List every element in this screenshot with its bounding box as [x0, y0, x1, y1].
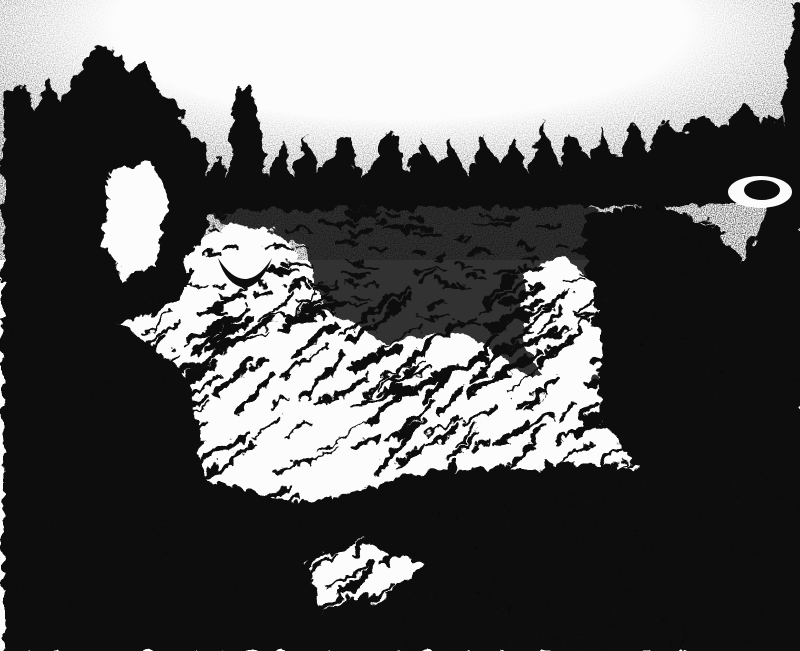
- artwork-canvas: [0, 0, 800, 651]
- figure-with-hat-right-hat-crown: [744, 180, 780, 200]
